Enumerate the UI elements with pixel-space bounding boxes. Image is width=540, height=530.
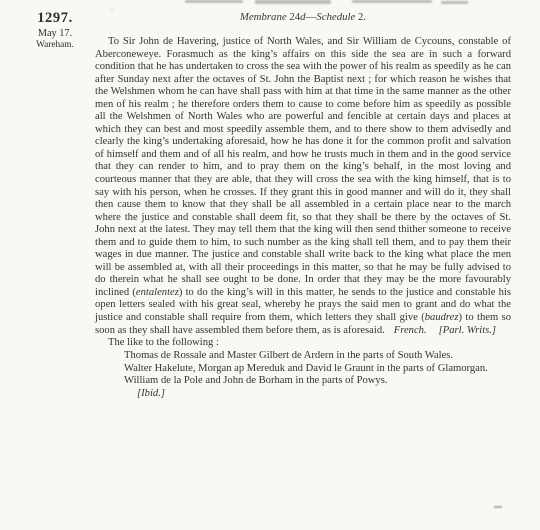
scanned-document-page: 1297. May 17. Wareham. Membrane 24d—Sche…	[0, 0, 540, 530]
entry-body: To Sir John de Havering, justice of Nort…	[95, 36, 511, 337]
scan-artifact	[494, 506, 502, 508]
list-item: Walter Hakelute, Morgan ap Mereduk and D…	[95, 363, 511, 376]
list-item: William de la Pole and John de Borham in…	[95, 375, 511, 400]
margin-date: May 17.	[16, 28, 94, 40]
heading-number: 24	[289, 11, 300, 23]
language-note: French.	[394, 325, 427, 336]
heading-word: Schedule	[316, 11, 358, 23]
french-term: baudrez	[425, 312, 459, 323]
entry-text: Thomas de Rossale and Master Gilbert de …	[124, 350, 453, 361]
scan-artifact	[185, 0, 243, 3]
list-item: Thomas de Rossale and Master Gilbert de …	[95, 350, 511, 363]
entry-text: William de la Pole and John de Borham in…	[124, 375, 388, 386]
french-term: entalentez	[136, 287, 179, 298]
like-entries: Thomas de Rossale and Master Gilbert de …	[95, 350, 511, 400]
like-line: The like to the following :	[95, 337, 511, 350]
body-text: To Sir John de Havering, justice of Nort…	[95, 36, 511, 298]
scan-artifact	[441, 1, 468, 4]
membrane-heading: Membrane 24d—Schedule 2.	[95, 10, 511, 24]
margin-place: Wareham.	[16, 40, 94, 51]
scan-artifact	[255, 0, 331, 4]
page-content: Membrane 24d—Schedule 2. To Sir John de …	[95, 9, 511, 400]
scan-artifact	[352, 0, 432, 3]
entry-text: Walter Hakelute, Morgan ap Mereduk and D…	[124, 363, 488, 374]
ibid-citation: [Ibid.]	[137, 388, 165, 399]
heading-number: 2.	[358, 11, 366, 23]
margin-notes: 1297. May 17. Wareham.	[16, 10, 94, 51]
entry-number: 1297.	[16, 10, 94, 26]
source-citation: [Parl. Writs.]	[439, 325, 496, 336]
heading-dash: —	[306, 11, 317, 23]
heading-word: Membrane	[240, 11, 289, 23]
